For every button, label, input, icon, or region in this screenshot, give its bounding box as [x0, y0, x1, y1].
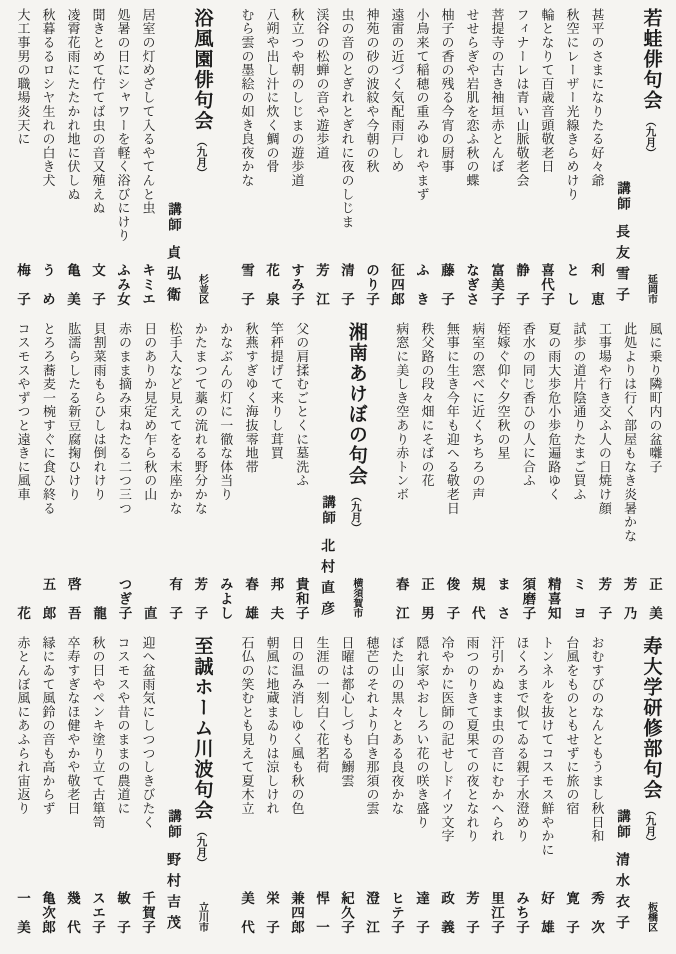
haiku-author: 芳 江: [311, 263, 331, 309]
haiku-verse: 日の温み消しゆく風も秋の色: [290, 636, 303, 815]
haiku-column: 父の肩揉むごとくに墓洗ふ貴和子: [289, 322, 313, 622]
section-city-label: 延岡市: [644, 274, 659, 308]
haiku-verse: 凌霄花雨にたたかれ地に伏しぬ: [66, 8, 79, 201]
haiku-author: 征四郎: [386, 263, 406, 309]
haiku-column: 赤とんぼ風にあふられ宙返り一 美: [10, 636, 34, 936]
haiku-column: 無事に生き今年も迎へる敬老日俊 子: [439, 322, 463, 622]
section-city-label: 杉並区: [195, 274, 210, 308]
section-title-group: 至誠ホーム川波句会︵九月︶: [193, 636, 212, 868]
haiku-verse: 貝割菜雨もらひしは倒れけり: [92, 322, 105, 501]
haiku-column: 此処よりは行く部屋もなき炎暑かな芳 乃: [617, 322, 641, 622]
haiku-column: 隠れ家やおしろい花の咲き盛り達 子: [409, 636, 433, 936]
lecturer-name: 貞弘衛: [163, 245, 183, 308]
haiku-column: 病室の窓べに近くちちろの声規 代: [465, 322, 489, 622]
haiku-verse: かたまつて藁の流れる野分かな: [193, 322, 206, 515]
haiku-newsletter-page: 若蛙俳句会︵九月︶延岡市講師長友雪子甚平のさまになりたる好々爺利 恵秋空にレーザ…: [0, 0, 676, 954]
haiku-verse: 聞きとめて佇てば虫の音又殖えぬ: [91, 8, 104, 215]
haiku-verse: 父の肩揉むごとくに墓洗ふ: [294, 322, 307, 488]
haiku-author: 政 義: [436, 891, 456, 937]
haiku-verse: 日曜は都心しづもる鰯雲: [340, 636, 353, 788]
haiku-verse: むら雲の墨絵の如き良夜かな: [240, 8, 253, 187]
haiku-verse: 此処よりは行く部屋もなき炎暑かな: [622, 322, 635, 543]
haiku-column: おむすびのなんともうまし秋日和秀 次: [584, 636, 608, 936]
section-lecturer: 講師野村吉茂: [160, 636, 186, 936]
section-header: 浴風園俳句会︵九月︶杉並区: [187, 8, 217, 308]
haiku-author: 好 雄: [536, 891, 556, 937]
haiku-verse: フィナーレは青い山脈敬老会: [515, 8, 528, 187]
haiku-author: 亀次郎: [37, 891, 57, 937]
haiku-verse: 赤とんぼ風にあふられ宙返り: [16, 636, 29, 815]
haiku-author: みよし: [215, 577, 235, 623]
haiku-author: 春 雄: [240, 577, 260, 623]
haiku-column: 試歩の道片陰通りたまご買ふミ ヨ: [566, 322, 590, 622]
haiku-column: 秩父路の段々畑にそばの花正 男: [414, 322, 438, 622]
haiku-author: 邦 夫: [265, 577, 285, 623]
section-header: 寿大学研修部句会︵九月︶板橋区: [636, 636, 666, 936]
haiku-verse: 生涯の一刻白く花茗荷: [315, 636, 328, 774]
haiku-verse: とろろ蕎麦一椀すぐに食ひ終る: [41, 322, 54, 515]
haiku-column: 居室の灯めざして入るやてんと虫キミエ: [135, 8, 159, 308]
haiku-column: 香水の同じ香ひの人に合ふ須磨子: [515, 322, 539, 622]
haiku-column: 小鳥来て稲穂の重みゆれやまずふ き: [409, 8, 433, 308]
haiku-verse: 輪となりて百歳音頭敬老日: [540, 8, 553, 174]
haiku-column: 生涯の一刻白く花茗荷悍 一: [309, 636, 333, 936]
section-title: 寿大学研修部句会: [642, 636, 661, 800]
band-1: 若蛙俳句会︵九月︶延岡市講師長友雪子甚平のさまになりたる好々爺利 恵秋空にレーザ…: [10, 8, 666, 308]
haiku-author: 澄 江: [361, 891, 381, 937]
lecturer-label: 講師: [163, 202, 183, 233]
haiku-column: 処暑の日にシャワーを軽く浴びにけりふみ女: [110, 8, 134, 308]
band-2: 風に乗り隣町内の盆囃子正 美此処よりは行く部屋もなき炎暑かな芳 乃工事場や行き交…: [10, 322, 666, 622]
haiku-author: 兼四郎: [286, 891, 306, 937]
haiku-author: 花 泉: [261, 263, 281, 309]
haiku-column: 虫の音のとぎれとぎれに夜のしじま清 子: [334, 8, 358, 308]
haiku-author: 梅 子: [12, 263, 32, 309]
haiku-verse: ほくろまで似てゐる親子水澄めり: [515, 636, 528, 843]
haiku-verse: おむすびのなんともうまし秋日和: [590, 636, 603, 843]
haiku-verse: 冷やかに医師の記せしドイツ文字: [440, 636, 453, 843]
haiku-column: 石仏の笑むとも見えて夏木立美 代: [234, 636, 258, 936]
section-header: 湘南あけぼの句会︵九月︶横須賀市: [341, 322, 371, 622]
haiku-column: 卒寿すぎなほ健やかや敬老日幾 代: [60, 636, 84, 936]
haiku-author: 芳 子: [593, 577, 613, 623]
haiku-author: 啓 吾: [63, 577, 83, 623]
haiku-column: 輪となりて百歳音頭敬老日喜代子: [534, 8, 558, 308]
section-title: 若蛙俳句会: [642, 8, 661, 111]
haiku-author: 正 美: [644, 577, 664, 623]
section-lecturer: 講師北村直彦: [314, 322, 340, 622]
haiku-column: 秋の日やペンキ塗り立て古箪笥スエ子: [85, 636, 109, 936]
haiku-verse: 菩提寺の古き袖垣赤とんぼ: [490, 8, 503, 174]
haiku-column: 秋燕すぎゆく海抜零地帯春 雄: [238, 322, 262, 622]
haiku-verse: 香水の同じ香ひの人に合ふ: [521, 322, 534, 488]
haiku-verse: ぼた山の黒々とある良夜かな: [390, 636, 403, 815]
haiku-author: 雪 子: [236, 263, 256, 309]
haiku-author: キミエ: [137, 263, 157, 309]
haiku-column: 大工事男の職場炎天に梅 子: [10, 8, 34, 308]
haiku-column: 雨つのりきて夏果ての夜となれり芳 子: [459, 636, 483, 936]
haiku-column: 遠雷の近づく気配雨戸しめ征四郎: [384, 8, 408, 308]
haiku-verse: せせらぎや岩肌を恋ふ秋の蝶: [465, 8, 478, 187]
haiku-column: 八朔や出し汁に炊く鯛の骨花 泉: [259, 8, 283, 308]
haiku-verse: 縁にゐて風鈴の音も高からず: [41, 636, 54, 815]
haiku-verse: 大工事男の職場炎天に: [16, 8, 29, 146]
section-title-group: 寿大学研修部句会︵九月︶: [642, 636, 661, 847]
section-title: 至誠ホーム川波句会: [193, 636, 212, 821]
haiku-column: 汗引かぬまま虫の音にむかへられ里江子: [484, 636, 508, 936]
haiku-author: すみ子: [286, 263, 306, 309]
haiku-author: 俊 子: [441, 577, 461, 623]
haiku-verse: 秋暮るるロシヤ生れの白き犬: [41, 8, 54, 187]
haiku-author: 清 子: [336, 263, 356, 309]
haiku-author: なぎさ: [461, 263, 481, 309]
section-city-label: 横須賀市: [349, 578, 364, 622]
section-title-group: 若蛙俳句会︵九月︶: [642, 8, 661, 158]
haiku-author: ふ き: [411, 263, 431, 309]
haiku-column: ぼた山の黒々とある良夜かなヒテ子: [384, 636, 408, 936]
haiku-column: 縁にゐて風鈴の音も高からず亀次郎: [35, 636, 59, 936]
haiku-verse: 甚平のさまになりたる好々爺: [590, 8, 603, 187]
haiku-column: 日の温み消しゆく風も秋の色兼四郎: [284, 636, 308, 936]
haiku-author: 達 子: [411, 891, 431, 937]
haiku-author: 美 代: [236, 891, 256, 937]
haiku-verse: 台風をものともせずに旅の宿: [565, 636, 578, 815]
section-month-label: ︵九月︶: [195, 826, 210, 868]
haiku-author: 芳 乃: [619, 577, 639, 623]
haiku-author: 里江子: [486, 891, 506, 937]
haiku-column: 菩提寺の古き袖垣赤とんぼ富美子: [484, 8, 508, 308]
haiku-author: 規 代: [467, 577, 487, 623]
haiku-verse: 無事に生き今年も迎へる敬老日: [445, 322, 458, 515]
lecturer-name: 野村吉茂: [163, 852, 183, 936]
haiku-column: 日曜は都心しづもる鰯雲紀久子: [334, 636, 358, 936]
haiku-column: 貝割菜雨もらひしは倒れけり龍: [86, 322, 110, 622]
haiku-author: 直: [139, 606, 159, 623]
haiku-verse: 迎へ盆雨気にしつつしきびたく: [141, 636, 154, 829]
haiku-verse: かなぶんの灯に一徹な体当り: [218, 322, 231, 501]
haiku-column: 日のありか見定め乍ら秋の山直: [137, 322, 161, 622]
section-title-group: 湘南あけぼの句会︵九月︶: [347, 322, 366, 533]
haiku-column: コスモスや昔のままの農道に敏 子: [110, 636, 134, 936]
haiku-verse: 汗引かぬまま虫の音にむかへられ: [490, 636, 503, 843]
haiku-verse: 姪嫁ぐ仰ぐ夕空秋の星: [496, 322, 509, 460]
haiku-verse: 試歩の道片陰通りたまご買ふ: [572, 322, 585, 501]
haiku-verse: コスモスやずつと遠きに風車: [16, 322, 29, 501]
haiku-verse: 肱濡らしたる新豆腐掬ひけり: [66, 322, 79, 501]
haiku-author: 喜代子: [536, 263, 556, 309]
haiku-column: 凌霄花雨にたたかれ地に伏しぬ亀 美: [60, 8, 84, 308]
haiku-verse: 石仏の笑むとも見えて夏木立: [240, 636, 253, 815]
haiku-author: 貴和子: [291, 577, 311, 623]
section-month-label: ︵九月︶: [644, 805, 659, 847]
haiku-author: スエ子: [87, 891, 107, 937]
haiku-verse: 渓谷の松蝉の音や遊歩道: [315, 8, 328, 160]
haiku-author: みち子: [511, 891, 531, 937]
haiku-author: 寛 子: [561, 891, 581, 937]
haiku-column: 秋暮るるロシヤ生れの白き犬う め: [35, 8, 59, 308]
haiku-column: 夏の雨大歩危小歩危遍路ゆく精喜知: [541, 322, 565, 622]
haiku-column: 竿秤提げて来りし茸買邦 夫: [263, 322, 287, 622]
haiku-verse: 居室の灯めざして入るやてんと虫: [141, 8, 154, 215]
haiku-author: 千賀子: [137, 891, 157, 937]
haiku-verse: 夏の雨大歩危小歩危遍路ゆく: [546, 322, 559, 501]
haiku-column: 朝風に地蔵まゐりは涼しけれ栄 子: [259, 636, 283, 936]
section-header: 至誠ホーム川波句会︵九月︶立川市: [187, 636, 217, 936]
haiku-verse: 秋の日やペンキ塗り立て古箪笥: [91, 636, 104, 829]
haiku-verse: 風に乗り隣町内の盆囃子: [648, 322, 661, 474]
section-city-label: 板橋区: [644, 902, 659, 936]
haiku-verse: 秋燕すぎゆく海抜零地帯: [244, 322, 257, 474]
haiku-column: 姪嫁ぐ仰ぐ夕空秋の星ま さ: [490, 322, 514, 622]
haiku-author: 有 子: [164, 577, 184, 623]
haiku-column: 冷やかに医師の記せしドイツ文字政 義: [434, 636, 458, 936]
section-lecturer: 講師貞弘衛: [160, 8, 186, 308]
haiku-author: 一 美: [12, 891, 32, 937]
haiku-author: 富美子: [486, 263, 506, 309]
haiku-author: 五 郎: [37, 577, 57, 623]
haiku-author: 紀久子: [336, 891, 356, 937]
lecturer-label: 講師: [163, 809, 183, 840]
haiku-author: 栄 子: [261, 891, 281, 937]
haiku-verse: 竿秤提げて来りし茸買: [269, 322, 282, 460]
haiku-column: フィナーレは青い山脈敬老会静 子: [509, 8, 533, 308]
haiku-author: ま さ: [492, 577, 512, 623]
haiku-column: 秋立つや朝のしじまの遊歩道すみ子: [284, 8, 308, 308]
haiku-verse: 松手入など見えてをる末座かな: [168, 322, 181, 515]
haiku-verse: 秩父路の段々畑にそばの花: [420, 322, 433, 488]
haiku-author: 敏 子: [112, 891, 132, 937]
haiku-author: 芳 子: [461, 891, 481, 937]
haiku-column: むら雲の墨絵の如き良夜かな雪 子: [234, 8, 258, 308]
haiku-column: 赤のまま摘み束ねたる二つ三つつぎ子: [111, 322, 135, 622]
haiku-author: 花: [12, 606, 32, 623]
haiku-author: のり子: [361, 263, 381, 309]
haiku-column: 甚平のさまになりたる好々爺利 恵: [584, 8, 608, 308]
haiku-column: 聞きとめて佇てば虫の音又殖えぬ文 子: [85, 8, 109, 308]
section-month-label: ︵九月︶: [195, 136, 210, 178]
lecturer-label: 講師: [612, 181, 632, 212]
haiku-verse: 日のありか見定め乍ら秋の山: [142, 322, 155, 501]
haiku-column: とろろ蕎麦一椀すぐに食ひ終る五 郎: [35, 322, 59, 622]
haiku-column: 風に乗り隣町内の盆囃子正 美: [642, 322, 666, 622]
haiku-column: かなぶんの灯に一徹な体当りみよし: [213, 322, 237, 622]
section-city-label: 立川市: [195, 902, 210, 936]
section-month-label: ︵九月︶: [349, 491, 364, 533]
haiku-verse: 隠れ家やおしろい花の咲き盛り: [415, 636, 428, 829]
haiku-column: 穂芒のそれより白き那須の雲澄 江: [359, 636, 383, 936]
haiku-verse: 雨つのりきて夏果ての夜となれり: [465, 636, 478, 843]
haiku-author: ヒテ子: [386, 891, 406, 937]
haiku-column: コスモスやずつと遠きに風車花: [10, 322, 34, 622]
haiku-verse: 朝風に地蔵まゐりは涼しけれ: [265, 636, 278, 815]
haiku-column: 工事場や行き交ふ人の日焼け顔芳 子: [591, 322, 615, 622]
haiku-verse: コスモスや昔のままの農道に: [116, 636, 129, 815]
haiku-author: ふみ女: [112, 263, 132, 309]
section-header: 若蛙俳句会︵九月︶延岡市: [636, 8, 666, 308]
haiku-column: 柚子の香の残る今宵の厨事藤 子: [434, 8, 458, 308]
haiku-author: 精喜知: [543, 577, 563, 623]
haiku-author: 龍: [88, 606, 108, 623]
haiku-column: かたまつて藁の流れる野分かな芳 子: [187, 322, 211, 622]
haiku-column: 肱濡らしたる新豆腐掬ひけり啓 吾: [61, 322, 85, 622]
haiku-column: 迎へ盆雨気にしつつしきびたく千賀子: [135, 636, 159, 936]
lecturer-name: 北村直彦: [317, 538, 337, 622]
haiku-author: 正 男: [416, 577, 436, 623]
section-title: 浴風園俳句会: [193, 8, 212, 131]
haiku-verse: 卒寿すぎなほ健やかや敬老日: [66, 636, 79, 815]
haiku-column: 台風をものともせずに旅の宿寛 子: [559, 636, 583, 936]
haiku-verse: 病窓に美しき空あり赤トンボ: [394, 322, 407, 501]
section-lecturer: 講師長友雪子: [609, 8, 635, 308]
haiku-verse: 秋立つや朝のしじまの遊歩道: [290, 8, 303, 187]
haiku-verse: 病室の窓べに近くちちろの声: [470, 322, 483, 501]
haiku-verse: 神苑の砂の波紋や今朝の秋: [365, 8, 378, 174]
haiku-author: 藤 子: [436, 263, 456, 309]
haiku-column: せせらぎや岩肌を恋ふ秋の蝶なぎさ: [459, 8, 483, 308]
haiku-column: 渓谷の松蝉の音や遊歩道芳 江: [309, 8, 333, 308]
lecturer-name: 長友雪子: [612, 224, 632, 308]
haiku-author: 須磨子: [517, 577, 537, 623]
haiku-verse: 遠雷の近づく気配雨戸しめ: [390, 8, 403, 174]
haiku-verse: 小鳥来て稲穂の重みゆれやまず: [415, 8, 428, 201]
section-lecturer: 講師清水衣子: [609, 636, 635, 936]
haiku-verse: 赤のまま摘み束ねたる二つ三つ: [117, 322, 130, 515]
haiku-column: トンネルを抜けてコスモス鮮やかに好 雄: [534, 636, 558, 936]
haiku-verse: 虫の音のとぎれとぎれに夜のしじま: [340, 8, 353, 229]
haiku-verse: 秋空にレーザー光線きらめけり: [565, 8, 578, 201]
haiku-verse: トンネルを抜けてコスモス鮮やかに: [540, 636, 553, 857]
haiku-column: ほくろまで似てゐる親子水澄めりみち子: [509, 636, 533, 936]
haiku-verse: 八朔や出し汁に炊く鯛の骨: [265, 8, 278, 174]
lecturer-name: 清水衣子: [612, 852, 632, 936]
section-title: 湘南あけぼの句会: [347, 322, 366, 486]
haiku-column: 病窓に美しき空あり赤トンボ春 江: [389, 322, 413, 622]
haiku-author: 芳 子: [189, 577, 209, 623]
lecturer-label: 講師: [317, 495, 337, 526]
lecturer-label: 講師: [612, 809, 632, 840]
haiku-verse: 処暑の日にシャワーを軽く浴びにけり: [116, 8, 129, 243]
section-title-group: 浴風園俳句会︵九月︶: [193, 8, 212, 178]
haiku-author: 春 江: [391, 577, 411, 623]
haiku-author: 文 子: [87, 263, 107, 309]
haiku-author: 幾 代: [62, 891, 82, 937]
haiku-author: 秀 次: [586, 891, 606, 937]
haiku-author: 悍 一: [311, 891, 331, 937]
haiku-verse: 穂芒のそれより白き那須の雲: [365, 636, 378, 815]
haiku-column: 秋空にレーザー光線きらめけりと し: [559, 8, 583, 308]
haiku-author: 亀 美: [62, 263, 82, 309]
haiku-author: う め: [37, 263, 57, 309]
haiku-author: ミ ヨ: [568, 577, 588, 623]
haiku-column: 神苑の砂の波紋や今朝の秋のり子: [359, 8, 383, 308]
haiku-verse: 工事場や行き交ふ人の日焼け顔: [597, 322, 610, 515]
haiku-column: 松手入など見えてをる末座かな有 子: [162, 322, 186, 622]
haiku-verse: 柚子の香の残る今宵の厨事: [440, 8, 453, 174]
haiku-author: 利 恵: [586, 263, 606, 309]
band-3: 寿大学研修部句会︵九月︶板橋区講師清水衣子おむすびのなんともうまし秋日和秀 次台…: [10, 636, 666, 936]
haiku-author: 静 子: [511, 263, 531, 309]
haiku-author: と し: [561, 263, 581, 309]
section-month-label: ︵九月︶: [644, 116, 659, 158]
haiku-author: つぎ子: [113, 577, 133, 623]
